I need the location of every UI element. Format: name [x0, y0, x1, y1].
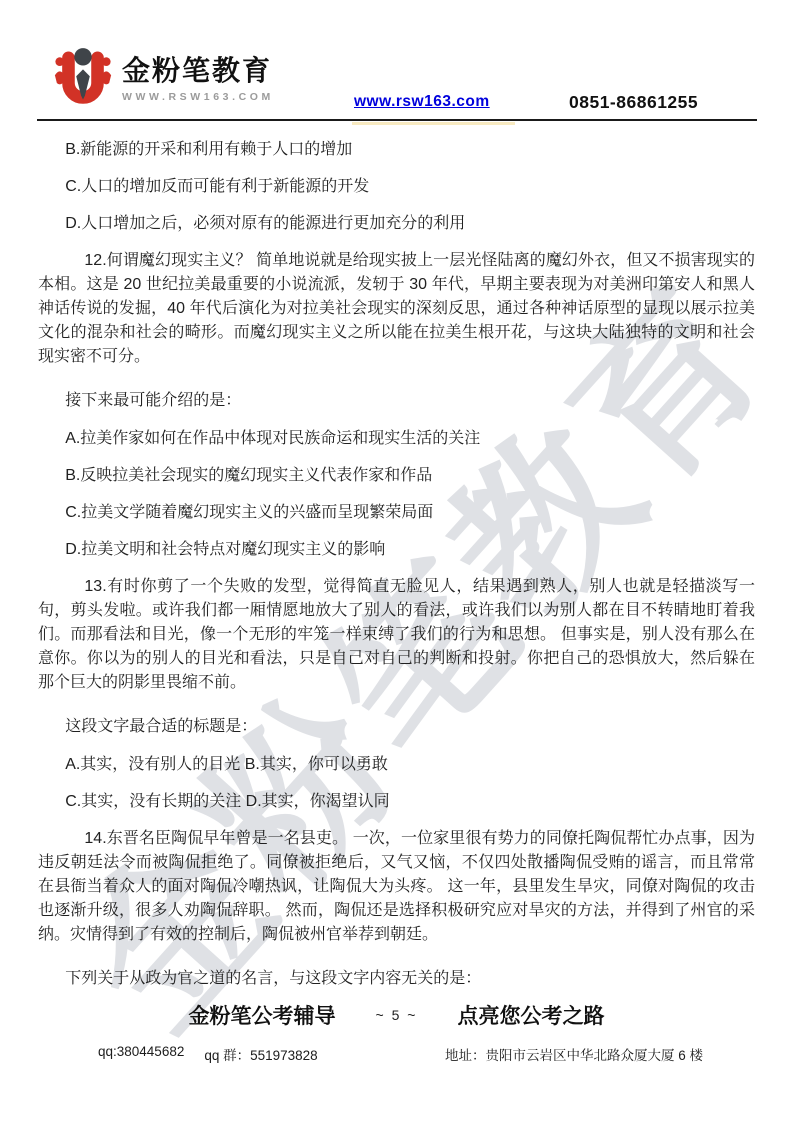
document-body: B.新能源的开采和利用有赖于人口的增加 C.人口的增加反而可能有利于新能源的开发…	[0, 0, 793, 998]
question-12-stem: 12.何谓魔幻现实主义？ 简单地说就是给现实披上一层光怪陆离的魔幻外衣，但又不损…	[38, 249, 755, 369]
document-page: 金粉笔教育 WWW.RSW163.COM www.rsw163.com 0851…	[0, 0, 793, 1122]
question-14-stem: 14.东晋名臣陶侃早年曾是一名县吏。 一次，一位家里很有势力的同僚托陶侃帮忙办点…	[38, 827, 755, 947]
option-11-d: D.人口增加之后，必须对原有的能源进行更加充分的利用	[38, 212, 755, 236]
options-13-cd: C.其实，没有长期的关注 D.其实，你渴望认同	[38, 790, 755, 814]
option-12-d: D.拉美文明和社会特点对魔幻现实主义的影响	[38, 538, 755, 562]
footer-address: 地址：贵阳市云岩区中华北路众厦大厦 6 楼	[445, 1044, 703, 1064]
page-number: ~ 5 ~	[376, 1007, 418, 1023]
footer-brand-left: 金粉笔公考辅导	[189, 1000, 336, 1030]
question-13-prompt: 这段文字最合适的标题是：	[38, 715, 755, 739]
option-11-c: C.人口的增加反而可能有利于新能源的开发	[38, 175, 755, 199]
question-13-stem: 13.有时你剪了一个失败的发型，觉得简直无脸见人，结果遇到熟人，别人也就是轻描淡…	[38, 575, 755, 695]
option-12-b: B.反映拉美社会现实的魔幻现实主义代表作家和作品	[38, 464, 755, 488]
footer-contact-line: qq:380445682 qq 群：551973828 地址：贵阳市云岩区中华北…	[98, 1044, 703, 1064]
footer-qq-block: qq:380445682 qq 群：551973828	[98, 1044, 318, 1064]
options-13-ab: A.其实，没有别人的目光 B.其实，你可以勇敢	[38, 753, 755, 777]
footer-qq-group-number: qq 群：551973828	[204, 1044, 317, 1064]
footer-brand-right: 点亮您公考之路	[457, 1000, 604, 1030]
footer-brand-line: 金粉笔公考辅导 ~ 5 ~ 点亮您公考之路	[0, 1000, 793, 1030]
option-12-c: C.拉美文学随着魔幻现实主义的兴盛而呈现繁荣局面	[38, 501, 755, 525]
option-12-a: A.拉美作家如何在作品中体现对民族命运和现实生活的关注	[38, 427, 755, 451]
option-11-b: B.新能源的开采和利用有赖于人口的增加	[38, 138, 755, 162]
question-12-prompt: 接下来最可能介绍的是：	[38, 389, 755, 413]
question-14-prompt: 下列关于从政为官之道的名言，与这段文字内容无关的是：	[38, 967, 755, 991]
footer-qq-number: qq:380445682	[98, 1044, 184, 1064]
